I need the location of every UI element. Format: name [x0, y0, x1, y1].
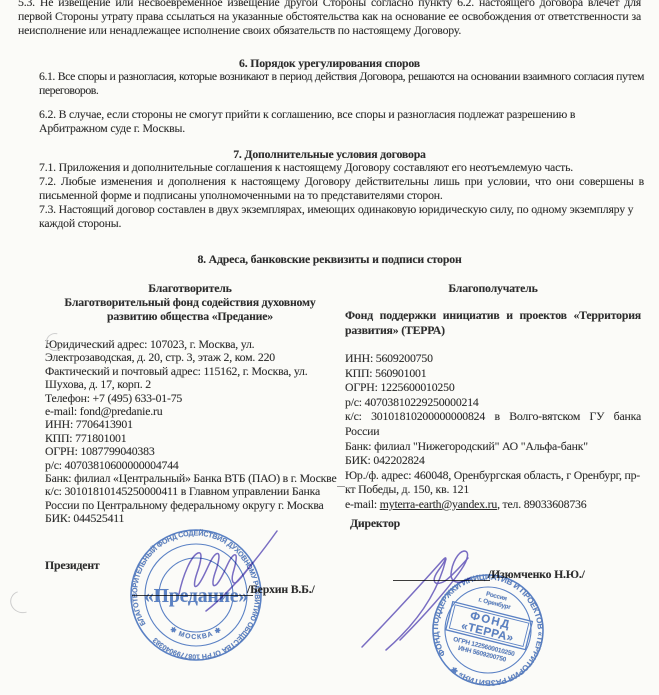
- clause-7-1: 7.1. Приложения и дополнительные соглаше…: [39, 161, 644, 175]
- email-label: e-mail:: [345, 497, 380, 511]
- benefactor-detail-line: р/с: 40703810600000004744: [45, 459, 337, 472]
- beneficiary-detail-line: Юр./ф. адрес: 460048, Оренбургская облас…: [345, 468, 641, 497]
- clause-6-2: 6.2. В случае, если стороны не смогут пр…: [39, 108, 644, 136]
- predanie-stamp-moscow-text: ✱ МОСКВА ✱: [169, 625, 224, 641]
- beneficiary-detail-line: БИК: 042202824: [345, 453, 641, 468]
- president-title: Президент: [45, 559, 100, 573]
- section-8-heading: 8. Адреса, банковские реквизиты и подпис…: [0, 252, 659, 267]
- benefactor-detail-line: ОГРН: 1087799040383: [45, 445, 337, 458]
- benefactor-detail-line: Фактический и почтовый адрес: 115162, г.…: [45, 365, 337, 392]
- predanie-stamp: БЛАГОТВОРИТЕЛЬНЫЙ ФОНД СОДЕЙСТВИЯ ДУХОВН…: [128, 528, 266, 666]
- terra-stamp: ФОНД ПОДДЕРЖКИ ИНИЦИАТИВ И ПРОЕКТОВ «ТЕР…: [428, 568, 550, 692]
- benefactor-detail-line: БИК: 044525411: [45, 512, 337, 525]
- benefactor-detail-line: e-mail: fond@predanie.ru: [45, 405, 337, 418]
- clause-5-3: 5.3. Не извещение или несвоевременное из…: [18, 0, 641, 37]
- scanned-contract-page: 5.3. Не извещение или несвоевременное из…: [0, 0, 659, 695]
- beneficiary-email-line: e-mail: myterra-earth@yandex.ru, тел. 89…: [345, 497, 641, 512]
- benefactor-detail-line: Банк: филиал «Центральный» Банка ВТБ (ПА…: [45, 472, 337, 485]
- beneficiary-detail-line: КПП: 560901001: [345, 366, 641, 381]
- predanie-stamp-center-text: «Предание»: [144, 585, 248, 607]
- beneficiary-phone: , тел. 89033608736: [497, 497, 586, 511]
- scan-artifact: [6, 587, 37, 617]
- scan-artifact: [337, 486, 345, 487]
- benefactor-detail-line: к/с: 30101810145250000411 в Главном упра…: [45, 485, 337, 512]
- beneficiary-role-heading: Благополучатель: [345, 282, 641, 296]
- benefactor-requisites: Юридический адрес: 107023, г. Москва, ул…: [45, 338, 337, 526]
- beneficiary-detail-line: ИНН: 5609200750: [345, 351, 641, 366]
- clause-6-1: 6.1. Все споры и разногласия, которые во…: [39, 70, 644, 98]
- svg-text:✱ МОСКВА ✱: ✱ МОСКВА ✱: [169, 625, 224, 641]
- benefactor-role-heading: Благотворитель: [40, 282, 340, 296]
- benefactor-detail-line: Телефон: +7 (495) 633-01-75: [45, 392, 337, 405]
- benefactor-detail-line: Юридический адрес: 107023, г. Москва, ул…: [45, 338, 337, 365]
- benefactor-name: Благотворительный фонд содействия духовн…: [40, 296, 340, 324]
- director-title: Директор: [350, 517, 400, 531]
- beneficiary-detail-line: Банк: филиал "Нижегородский" АО "Альфа-б…: [345, 439, 641, 454]
- beneficiary-detail-line: ОГРН: 1225600010250: [345, 380, 641, 395]
- benefactor-detail-line: ИНН: 7706413901: [45, 418, 337, 431]
- beneficiary-requisites: ИНН: 5609200750 КПП: 560901001 ОГРН: 122…: [345, 351, 641, 512]
- clause-7-2: 7.2. Любые изменения и дополнения к наст…: [39, 175, 644, 203]
- beneficiary-detail-line: к/с: 30101810200000000824 в Волго-вятско…: [345, 409, 641, 438]
- clause-7-3: 7.3. Настоящий договор составлен в двух …: [39, 203, 644, 231]
- beneficiary-email-address: myterra-earth@yandex.ru: [380, 497, 497, 511]
- benefactor-detail-line: КПП: 771801001: [45, 432, 337, 445]
- beneficiary-detail-line: р/с: 40703810229250000214: [345, 395, 641, 410]
- beneficiary-name: Фонд поддержки инициатив и проектов «Тер…: [345, 308, 641, 337]
